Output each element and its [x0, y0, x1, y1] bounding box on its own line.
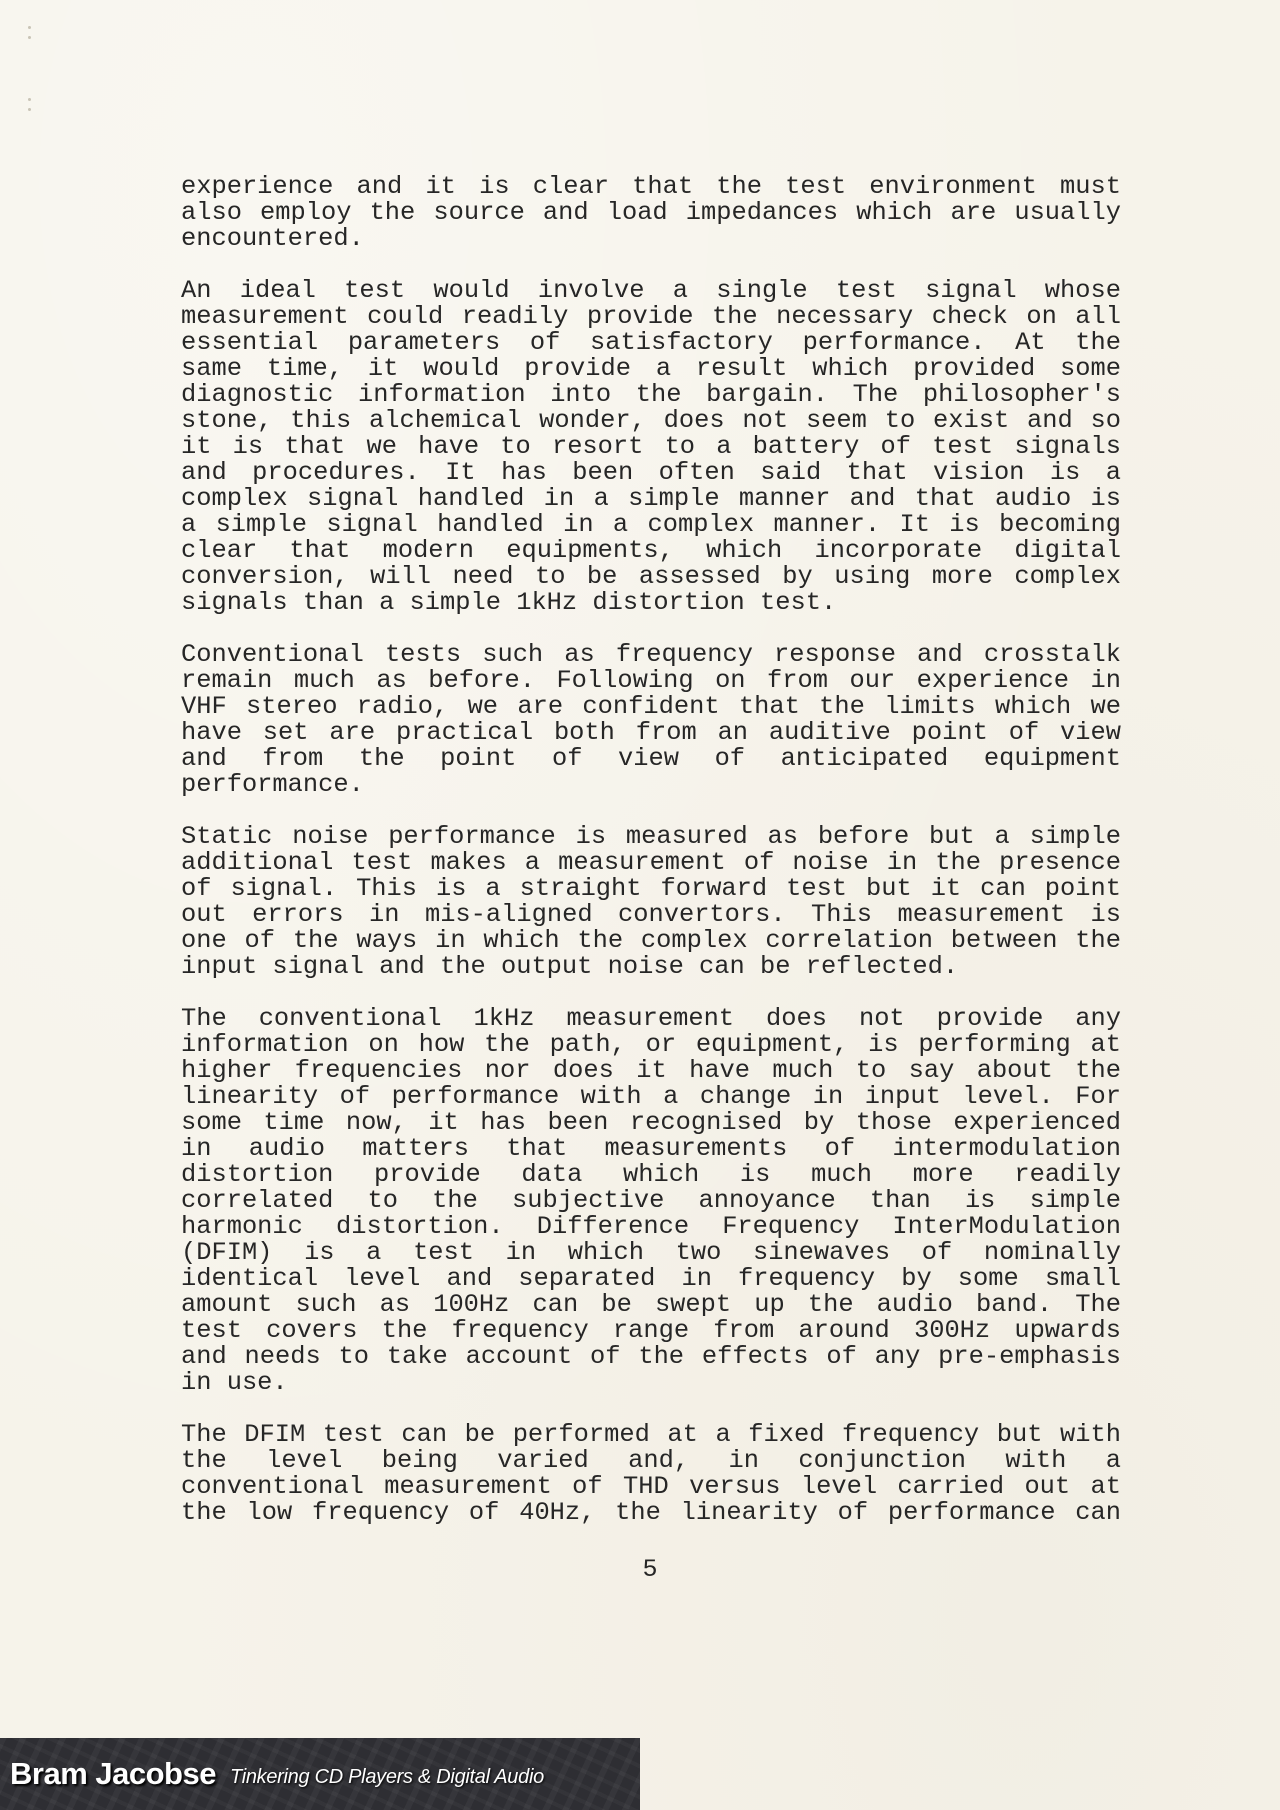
text-line: encountered. [181, 226, 1121, 252]
text-line: An ideal test would involve a single tes… [181, 278, 1121, 304]
text-line: complex signal handled in a simple manne… [181, 486, 1121, 512]
text-line: conversion, will need to be assessed by … [181, 564, 1121, 590]
text-line: linearity of performance with a change i… [181, 1084, 1121, 1110]
paragraph: Conventional tests such as frequency res… [181, 642, 1121, 798]
text-line: it is that we have to resort to a batter… [181, 434, 1121, 460]
text-line: identical level and separated in frequen… [181, 1266, 1121, 1292]
text-line: performance. [181, 772, 1121, 798]
text-line: same time, it would provide a result whi… [181, 356, 1121, 382]
mark-dot [28, 98, 31, 101]
text-line: measurement could readily provide the ne… [181, 304, 1121, 330]
punch-hole-marks [28, 14, 36, 114]
mark-dot [28, 26, 31, 29]
text-line: one of the ways in which the complex cor… [181, 928, 1121, 954]
text-line: diagnostic information into the bargain.… [181, 382, 1121, 408]
mark-dot [28, 108, 31, 111]
text-line: the low frequency of 40Hz, the linearity… [181, 1500, 1121, 1526]
text-line: experience and it is clear that the test… [181, 174, 1121, 200]
document-body: experience and it is clear that the test… [181, 174, 1121, 1552]
text-line: The DFIM test can be performed at a fixe… [181, 1422, 1121, 1448]
text-line: (DFIM) is a test in which two sinewaves … [181, 1240, 1121, 1266]
text-line: distortion provide data which is much mo… [181, 1162, 1121, 1188]
mark-dot [28, 36, 31, 39]
text-line: in use. [181, 1370, 1121, 1396]
text-line: signals than a simple 1kHz distortion te… [181, 590, 1121, 616]
text-line: stone, this alchemical wonder, does not … [181, 408, 1121, 434]
paragraph: experience and it is clear that the test… [181, 174, 1121, 252]
page-number: 5 [0, 1557, 1280, 1583]
text-line: input signal and the output noise can be… [181, 954, 1121, 980]
text-line: some time now, it has been recognised by… [181, 1110, 1121, 1136]
text-line: and needs to take account of the effects… [181, 1344, 1121, 1370]
text-line: essential parameters of satisfactory per… [181, 330, 1121, 356]
text-line: harmonic distortion. Difference Frequenc… [181, 1214, 1121, 1240]
text-line: and procedures. It has been often said t… [181, 460, 1121, 486]
text-line: have set are practical both from an audi… [181, 720, 1121, 746]
scanned-page: experience and it is clear that the test… [0, 0, 1280, 1810]
text-line: The conventional 1kHz measurement does n… [181, 1006, 1121, 1032]
text-line: test covers the frequency range from aro… [181, 1318, 1121, 1344]
text-line: Static noise performance is measured as … [181, 824, 1121, 850]
text-line: out errors in mis-aligned convertors. Th… [181, 902, 1121, 928]
text-line: VHF stereo radio, we are confident that … [181, 694, 1121, 720]
text-line: of signal. This is a straight forward te… [181, 876, 1121, 902]
site-banner: Bram Jacobse Tinkering CD Players & Digi… [0, 1738, 640, 1810]
banner-author-name: Bram Jacobse [10, 1756, 216, 1792]
text-line: and from the point of view of anticipate… [181, 746, 1121, 772]
text-line: Conventional tests such as frequency res… [181, 642, 1121, 668]
banner-tagline: Tinkering CD Players & Digital Audio [230, 1760, 544, 1789]
text-line: remain much as before. Following on from… [181, 668, 1121, 694]
text-line: higher frequencies nor does it have much… [181, 1058, 1121, 1084]
text-line: additional test makes a measurement of n… [181, 850, 1121, 876]
text-line: clear that modern equipments, which inco… [181, 538, 1121, 564]
paragraph: The DFIM test can be performed at a fixe… [181, 1422, 1121, 1526]
paragraph: An ideal test would involve a single tes… [181, 278, 1121, 616]
paragraph: Static noise performance is measured as … [181, 824, 1121, 980]
text-line: a simple signal handled in a complex man… [181, 512, 1121, 538]
text-line: amount such as 100Hz can be swept up the… [181, 1292, 1121, 1318]
text-line: in audio matters that measurements of in… [181, 1136, 1121, 1162]
text-line: information on how the path, or equipmen… [181, 1032, 1121, 1058]
paragraph: The conventional 1kHz measurement does n… [181, 1006, 1121, 1396]
text-line: conventional measurement of THD versus l… [181, 1474, 1121, 1500]
text-line: correlated to the subjective annoyance t… [181, 1188, 1121, 1214]
text-line: also employ the source and load impedanc… [181, 200, 1121, 226]
text-line: the level being varied and, in conjuncti… [181, 1448, 1121, 1474]
